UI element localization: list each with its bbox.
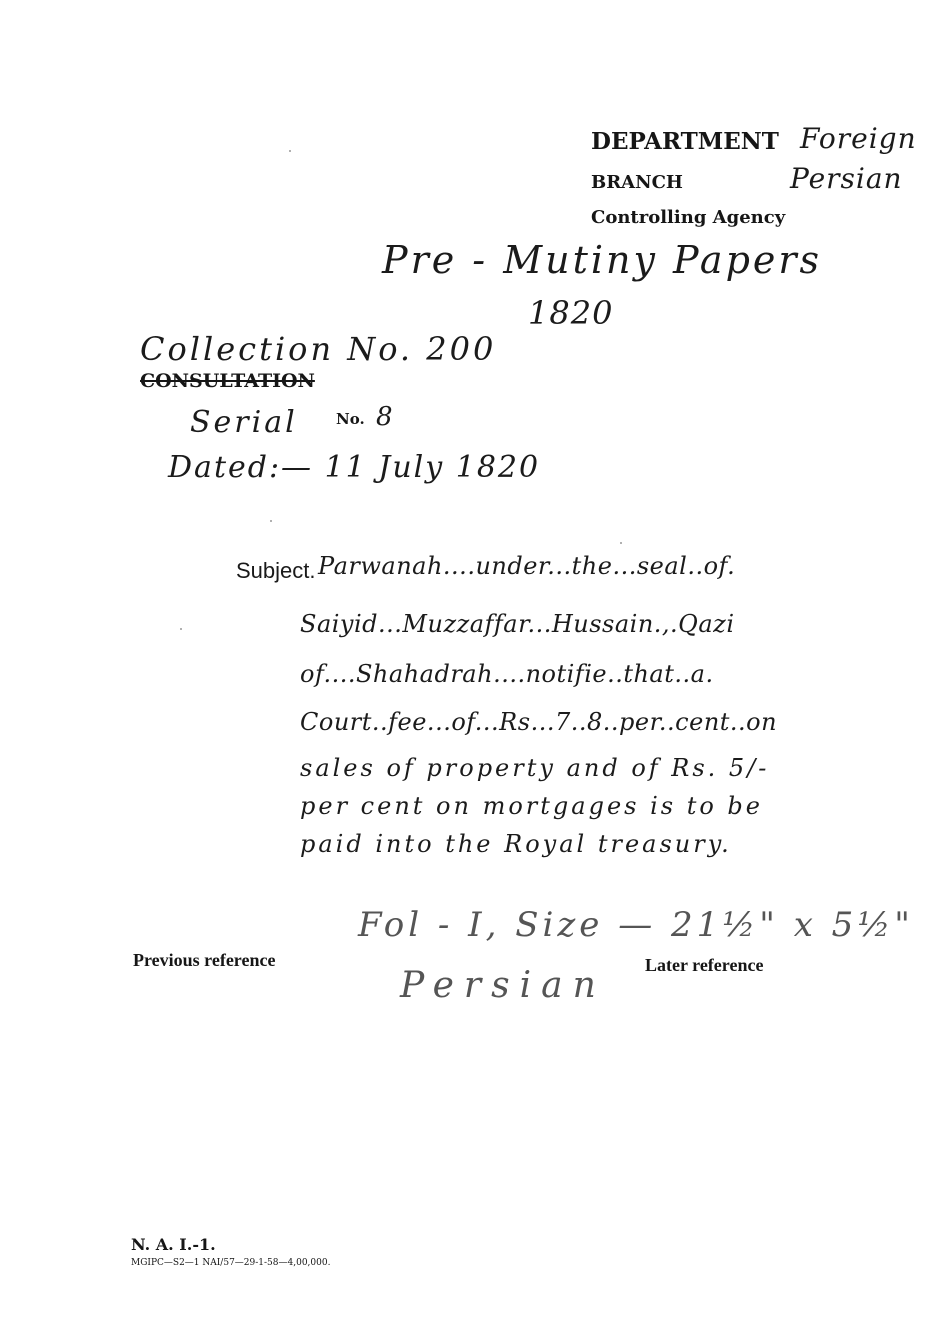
paper-speck: [180, 628, 182, 630]
collection-number: Collection No. 200: [140, 330, 496, 368]
controlling-agency-label: Controlling Agency: [591, 207, 785, 228]
folio-size-note: Fol - I, Size — 21½" x 5½": [358, 905, 914, 945]
subject-line: Saiyid...Muzzaffar...Hussain.,.Qazi: [300, 610, 735, 638]
number-label: No.: [336, 410, 365, 428]
dated: Dated:— 11 July 1820: [168, 450, 540, 485]
subject-line: Parwanah....under...the...seal..of.: [318, 552, 735, 580]
branch-label: BRANCH: [591, 172, 683, 193]
subject-line: per cent on mortgages is to be: [300, 792, 763, 820]
subject-line: paid into the Royal treasury.: [300, 830, 732, 858]
form-code: N. A. I.-1.: [131, 1235, 216, 1254]
paper-speck: [270, 520, 272, 522]
subject-line: of....Shahadrah....notifie..that..a.: [300, 660, 714, 688]
serial-number: 8: [376, 402, 394, 432]
department-value: Foreign: [800, 122, 917, 155]
paper-speck: [620, 542, 622, 544]
subject-line: sales of property and of Rs. 5/-: [300, 754, 769, 782]
consultation-label: CONSULTATION: [140, 370, 315, 392]
subject-line: Court..fee...of...Rs...7..8..per..cent..…: [300, 708, 777, 736]
serial-label: Serial: [190, 405, 298, 440]
series-title: Pre - Mutiny Papers: [382, 238, 822, 282]
series-year: 1820: [528, 294, 613, 332]
subject-label: Subject.: [236, 558, 316, 584]
department-label: DEPARTMENT: [591, 128, 779, 155]
previous-reference-label: Previous reference: [133, 950, 275, 971]
later-reference-label: Later reference: [645, 955, 763, 976]
branch-value: Persian: [790, 162, 903, 195]
paper-speck: [289, 150, 291, 152]
print-line: MGIPC—S2—1 NAI/57—29-1-58—4,00,000.: [131, 1258, 330, 1268]
language-note: Persian: [400, 965, 606, 1006]
